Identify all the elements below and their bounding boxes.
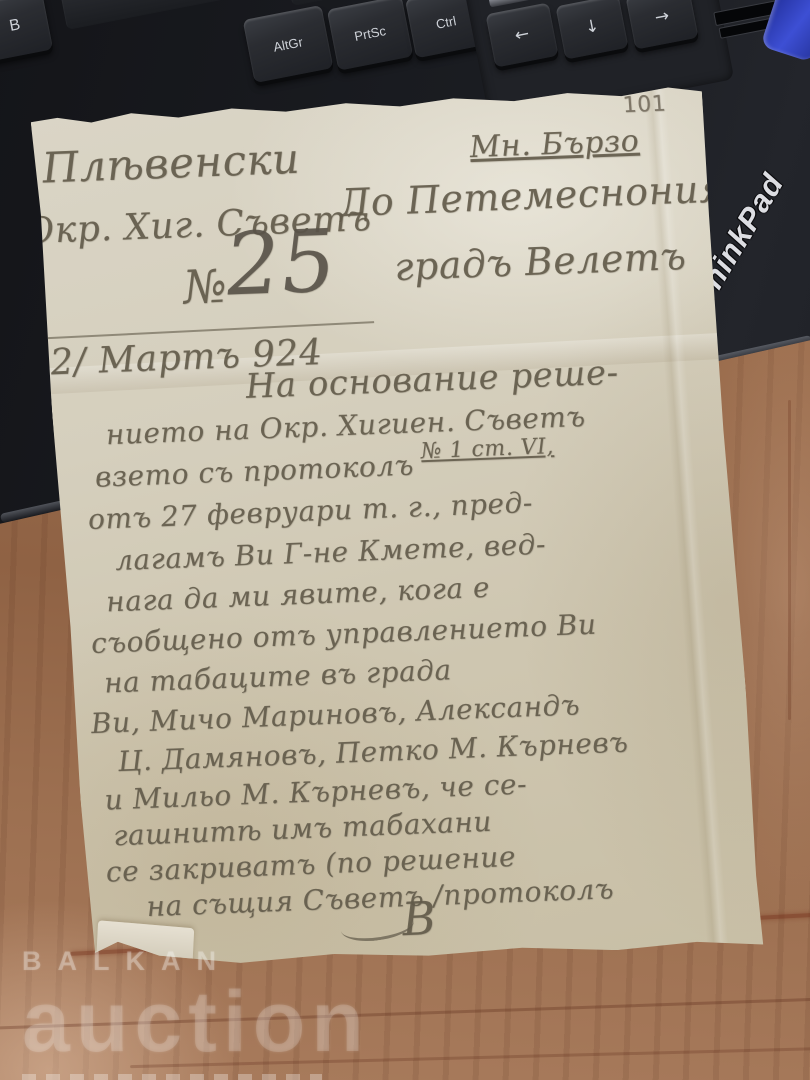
handwritten-line-text: взето съ протоколъ (94, 449, 415, 494)
handwritten-line: нага да ми явите, кога е (105, 574, 491, 617)
key-label: B (8, 16, 22, 36)
watermark-subbrand: auction (22, 973, 370, 1072)
key-label: PrtSc (353, 23, 387, 44)
partial-key (60, 0, 235, 30)
signature-flourish: В (400, 895, 438, 942)
document-number: 25 (223, 218, 340, 308)
watermark-tagline-dashes (22, 1074, 322, 1080)
handwritten-line: взето съ протоколъ№ 1 ст. VI, (94, 446, 556, 492)
handwritten-line: отъ 27 февруари т. г., пред- (87, 489, 534, 534)
key-label: Ctrl (435, 13, 458, 32)
handwritten-line: съобщено отъ управлението Ви (90, 611, 597, 658)
arrow-down-icon: ↓ (583, 16, 601, 38)
stamp-office-line1: Плѣвенски (41, 138, 301, 190)
keyboard-key-prtsc: PrtSc (327, 0, 413, 71)
keyboard-key-altgr: AltGr (243, 5, 334, 83)
urgency-note: Мн. Бързо (468, 127, 640, 163)
photo-scene: B AltGr PrtSc Ctrl ← ↓ → ThinkPad (0, 0, 810, 1080)
document-paper: 101 Плѣвенски Окр. Хиг. Съветъ № 25 2/ М… (30, 86, 765, 970)
page-number: 101 (622, 94, 667, 118)
key-label: AltGr (272, 34, 304, 54)
addressee-city: градъ Велетъ (393, 237, 688, 286)
handwritten-line: на табаците въ града (103, 656, 453, 697)
handwritten-line: лагамъ Ви Г-не Кмете, вед- (114, 531, 547, 575)
arrow-left-icon: ← (513, 24, 531, 46)
stamp-number-row: № 25 (179, 218, 340, 310)
arrow-right-icon: → (653, 6, 671, 28)
desk-grain-line (788, 400, 791, 720)
keyboard-key-b: B (0, 0, 53, 62)
protocol-reference: № 1 ст. VI, (420, 434, 555, 464)
watermark: BALKAN auction (22, 946, 370, 1080)
number-sign: № (181, 263, 228, 311)
